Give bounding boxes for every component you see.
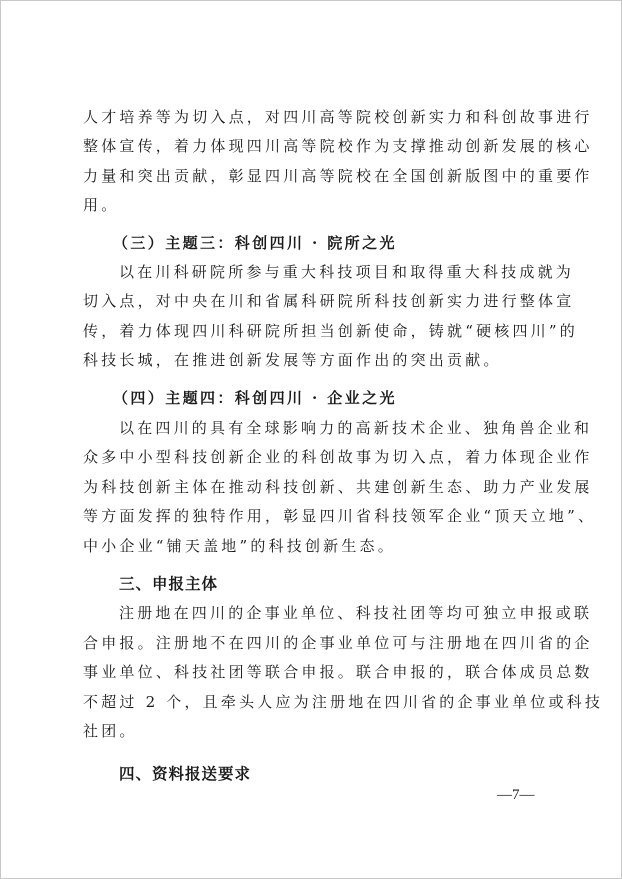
theme4-heading: （四）主题四：科创四川 · 企业之光 — [113, 387, 397, 409]
paragraph-line: 科技长城，在推进创新发展等方面作出的突出贡献。 — [83, 349, 543, 371]
paragraph-line: 传，着力体现四川科研院所担当创新使命，铸就“硬核四川”的 — [83, 320, 543, 342]
paragraph-line: 注册地在四川的企事业单位、科技社团等均可独立申报或联 — [119, 602, 543, 624]
page-number: —7— — [497, 787, 535, 804]
paragraph-line: 用。 — [83, 194, 543, 216]
paragraph-line: 整体宣传，着力体现四川高等院校作为支撑推动创新发展的核心 — [83, 135, 543, 157]
paragraph-line: 为科技创新主体在推动科技创新、共建创新生态、助力产业发展 — [83, 476, 543, 498]
paragraph-line: 社团。 — [83, 720, 543, 742]
paragraph-line: 合申报。注册地不在四川的企事业单位可与注册地在四川省的企 — [83, 632, 543, 654]
paragraph-line: 人才培养等为切入点，对四川高等院校创新实力和科创故事进行 — [83, 106, 543, 128]
paragraph-line: 众多中小型科技创新企业的科创故事为切入点，着力体现企业作 — [83, 446, 543, 468]
paragraph-line: 等方面发挥的独特作用，彰显四川省科技领军企业“顶天立地”、 — [83, 505, 543, 527]
paragraph-line: 不超过 2 个，且牵头人应为注册地在四川省的企事业单位或科技 — [83, 691, 543, 713]
section4-heading: 四、资料报送要求 — [119, 763, 251, 785]
theme3-heading: （三）主题三：科创四川 · 院所之光 — [113, 232, 397, 254]
section3-heading: 三、申报主体 — [119, 573, 218, 595]
paragraph-line: 力量和突出贡献，彰显四川高等院校在全国创新版图中的重要作 — [83, 165, 543, 187]
paragraph-line: 中小企业“铺天盖地”的科技创新生态。 — [83, 535, 543, 557]
paragraph-line: 事业单位、科技社团等联合申报。联合申报的，联合体成员总数 — [83, 661, 543, 683]
paragraph-line: 切入点，对中央在川和省属科研院所科技创新实力进行整体宣 — [83, 290, 543, 312]
document-page: 人才培养等为切入点，对四川高等院校创新实力和科创故事进行 整体宣传，着力体现四川… — [0, 0, 622, 879]
paragraph-line: 以在川科研院所参与重大科技项目和取得重大科技成就为 — [119, 261, 543, 283]
paragraph-line: 以在四川的具有全球影响力的高新技术企业、独角兽企业和 — [119, 417, 543, 439]
